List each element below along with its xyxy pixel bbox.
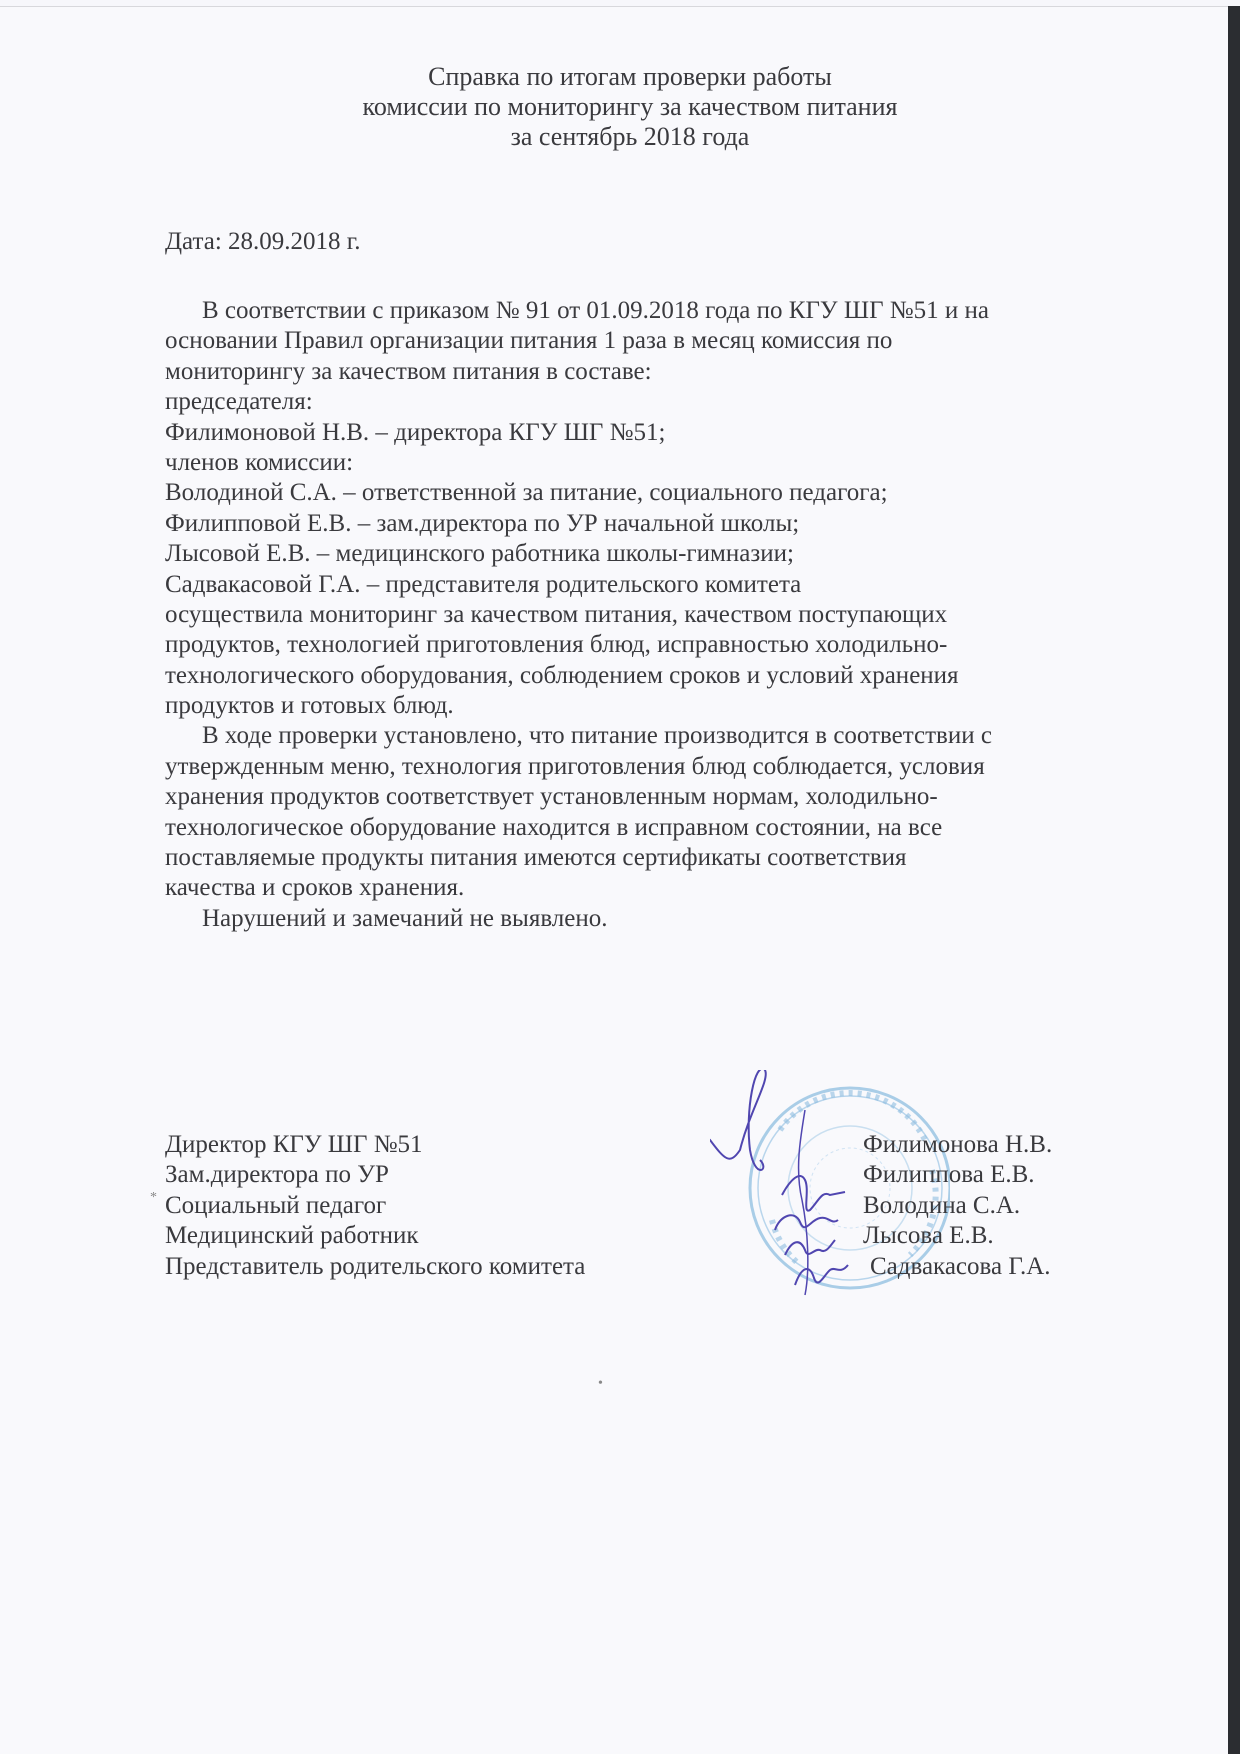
- signatory-name: Володина С.А.: [863, 1191, 1020, 1221]
- body-line: председателя:: [165, 387, 1155, 417]
- signatory-role: Представитель родительского комитета: [165, 1252, 585, 1282]
- scan-speck: *: [150, 1190, 157, 1206]
- body-line: продуктов, технологией приготовления блю…: [165, 630, 1155, 660]
- body-line: основании Правил организации питания 1 р…: [165, 326, 1155, 356]
- body-line: Нарушений и замечаний не выявлено.: [165, 904, 1155, 934]
- signature-row: Директор КГУ ШГ №51Филимонова Н.В.: [165, 1130, 1125, 1160]
- signatory-name: Филимонова Н.В.: [863, 1130, 1052, 1160]
- signatory-role: Зам.директора по УР: [165, 1160, 389, 1190]
- body-line: членов комиссии:: [165, 448, 1155, 478]
- body-line: продуктов и готовых блюд.: [165, 691, 1155, 721]
- scan-speck: •: [598, 1376, 603, 1392]
- signature-row: Социальный педагогВолодина С.А.: [165, 1191, 1125, 1221]
- body-line: технологического оборудования, соблюдени…: [165, 661, 1155, 691]
- body-line: хранения продуктов соответствует установ…: [165, 782, 1155, 812]
- title-line: комиссии по мониторингу за качеством пит…: [300, 92, 960, 122]
- body-line: Филимоновой Н.В. – директора КГУ ШГ №51;: [165, 418, 1155, 448]
- document-title: Справка по итогам проверки работы комисс…: [300, 62, 960, 152]
- signatory-name: Лысова Е.В.: [863, 1221, 994, 1251]
- signatory-name: Садвакасова Г.А.: [870, 1252, 1051, 1282]
- body-line: В соответствии с приказом № 91 от 01.09.…: [165, 296, 1155, 326]
- scan-edge: [1228, 6, 1240, 1754]
- body-line: осуществила мониторинг за качеством пита…: [165, 600, 1155, 630]
- signatory-role: Директор КГУ ШГ №51: [165, 1130, 423, 1160]
- body-line: Лысовой Е.В. – медицинского работника шк…: [165, 539, 1155, 569]
- body-line: В ходе проверки установлено, что питание…: [165, 721, 1155, 751]
- signatory-name: Филиппова Е.В.: [863, 1160, 1035, 1190]
- body-line: Володиной С.А. – ответственной за питани…: [165, 478, 1155, 508]
- document-body: В соответствии с приказом № 91 от 01.09.…: [165, 296, 1155, 934]
- body-line: качества и сроков хранения.: [165, 873, 1155, 903]
- title-line: Справка по итогам проверки работы: [300, 62, 960, 92]
- body-line: технологическое оборудование находится в…: [165, 813, 1155, 843]
- body-line: Филипповой Е.В. – зам.директора по УР на…: [165, 509, 1155, 539]
- body-line: поставляемые продукты питания имеются се…: [165, 843, 1155, 873]
- title-line: за сентябрь 2018 года: [300, 122, 960, 152]
- document-date: Дата: 28.09.2018 г.: [165, 228, 360, 256]
- body-line: мониторингу за качеством питания в соста…: [165, 357, 1155, 387]
- signature-row: Медицинский работникЛысова Е.В.: [165, 1221, 1125, 1251]
- body-line: Садвакасовой Г.А. – представителя родите…: [165, 570, 1155, 600]
- signature-row: Представитель родительского комитетаСадв…: [165, 1252, 1125, 1282]
- signature-block: Директор КГУ ШГ №51Филимонова Н.В.Зам.ди…: [165, 1130, 1125, 1282]
- body-line: утвержденным меню, технология приготовле…: [165, 752, 1155, 782]
- signatory-role: Социальный педагог: [165, 1191, 386, 1221]
- signatory-role: Медицинский работник: [165, 1221, 418, 1251]
- signature-row: Зам.директора по УРФилиппова Е.В.: [165, 1160, 1125, 1190]
